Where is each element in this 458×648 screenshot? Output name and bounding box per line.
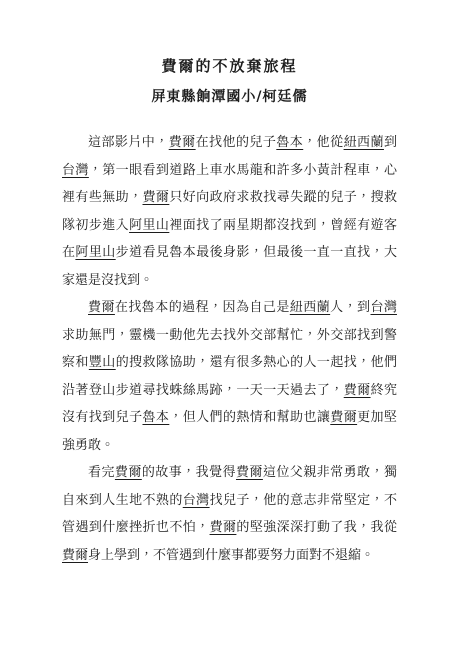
proper-noun: 阿里山 (75, 245, 115, 260)
proper-noun: 費爾 (62, 548, 88, 563)
document-body: 這部影片中，費爾在找他的兒子魯本，他從紐西蘭到台灣，第一眼看到道路上車水馬龍和許… (62, 129, 397, 569)
proper-noun: 台灣 (371, 300, 397, 315)
proper-noun: 費爾 (115, 465, 142, 480)
text-run: 人，到 (330, 300, 370, 315)
proper-noun: 台灣 (183, 493, 210, 508)
proper-noun: 費爾 (88, 300, 115, 315)
proper-noun: 費爾 (344, 383, 371, 398)
text-run: 到 (384, 135, 397, 150)
paragraph: 費爾在找魯本的過程，因為自己是紐西蘭人，到台灣求助無門，靈機一動他先去找外交部幫… (62, 294, 397, 459)
proper-noun: 費爾 (210, 520, 237, 535)
proper-noun: 費爾 (330, 410, 357, 425)
text-run: ，他從 (303, 135, 343, 150)
text-run: 在找他的兒子 (196, 135, 277, 150)
proper-noun: 魯本 (276, 135, 303, 150)
paragraph: 看完費爾的故事，我覺得費爾這位父親非常勇敢，獨自來到人生地不熟的台灣找兒子，他的… (62, 459, 397, 569)
document-page: 費爾的不放棄旅程 屏東縣餉潭國小/柯廷儒 這部影片中，費爾在找他的兒子魯本，他從… (0, 0, 458, 648)
text-run: 的故事，我覺得 (142, 465, 236, 480)
proper-noun: 阿里山 (129, 218, 169, 233)
text-run: 這部影片中， (88, 135, 169, 150)
document-title: 費爾的不放棄旅程 (62, 56, 397, 76)
proper-noun: 費爾 (236, 465, 263, 480)
proper-noun: 紐西蘭 (344, 135, 384, 150)
text-run: ，但人們的熱情和幫助也讓 (169, 410, 330, 425)
paragraph: 這部影片中，費爾在找他的兒子魯本，他從紐西蘭到台灣，第一眼看到道路上車水馬龍和許… (62, 129, 397, 294)
text-run: 的堅強深深打動了我，我從 (236, 520, 397, 535)
proper-noun: 費爾 (143, 190, 170, 205)
proper-noun: 豐山 (89, 355, 116, 370)
text-run: 看完 (88, 465, 115, 480)
proper-noun: 紐西蘭 (290, 300, 330, 315)
proper-noun: 魯本 (142, 410, 169, 425)
text-run: 身上學到，不管遇到什麼事都要努力面對不退縮。 (88, 548, 374, 563)
proper-noun: 費爾 (169, 135, 196, 150)
document-byline: 屏東縣餉潭國小/柯廷儒 (62, 87, 397, 107)
proper-noun: 台灣 (62, 163, 89, 178)
text-run: 在找魯本的過程，因為自己是 (115, 300, 290, 315)
